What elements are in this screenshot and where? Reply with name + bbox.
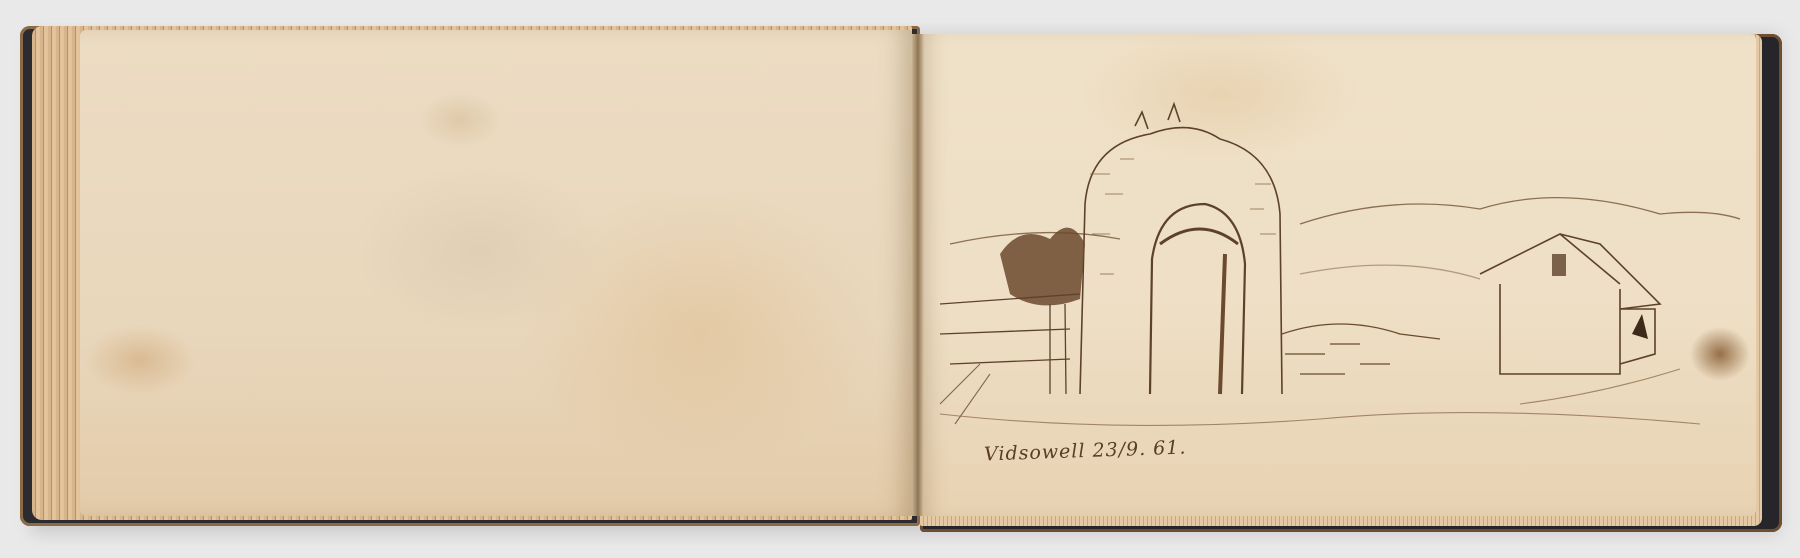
sketchbook-photo: Vidsowell 23/9. 61. <box>0 0 1800 558</box>
left-page-blank <box>80 30 912 516</box>
